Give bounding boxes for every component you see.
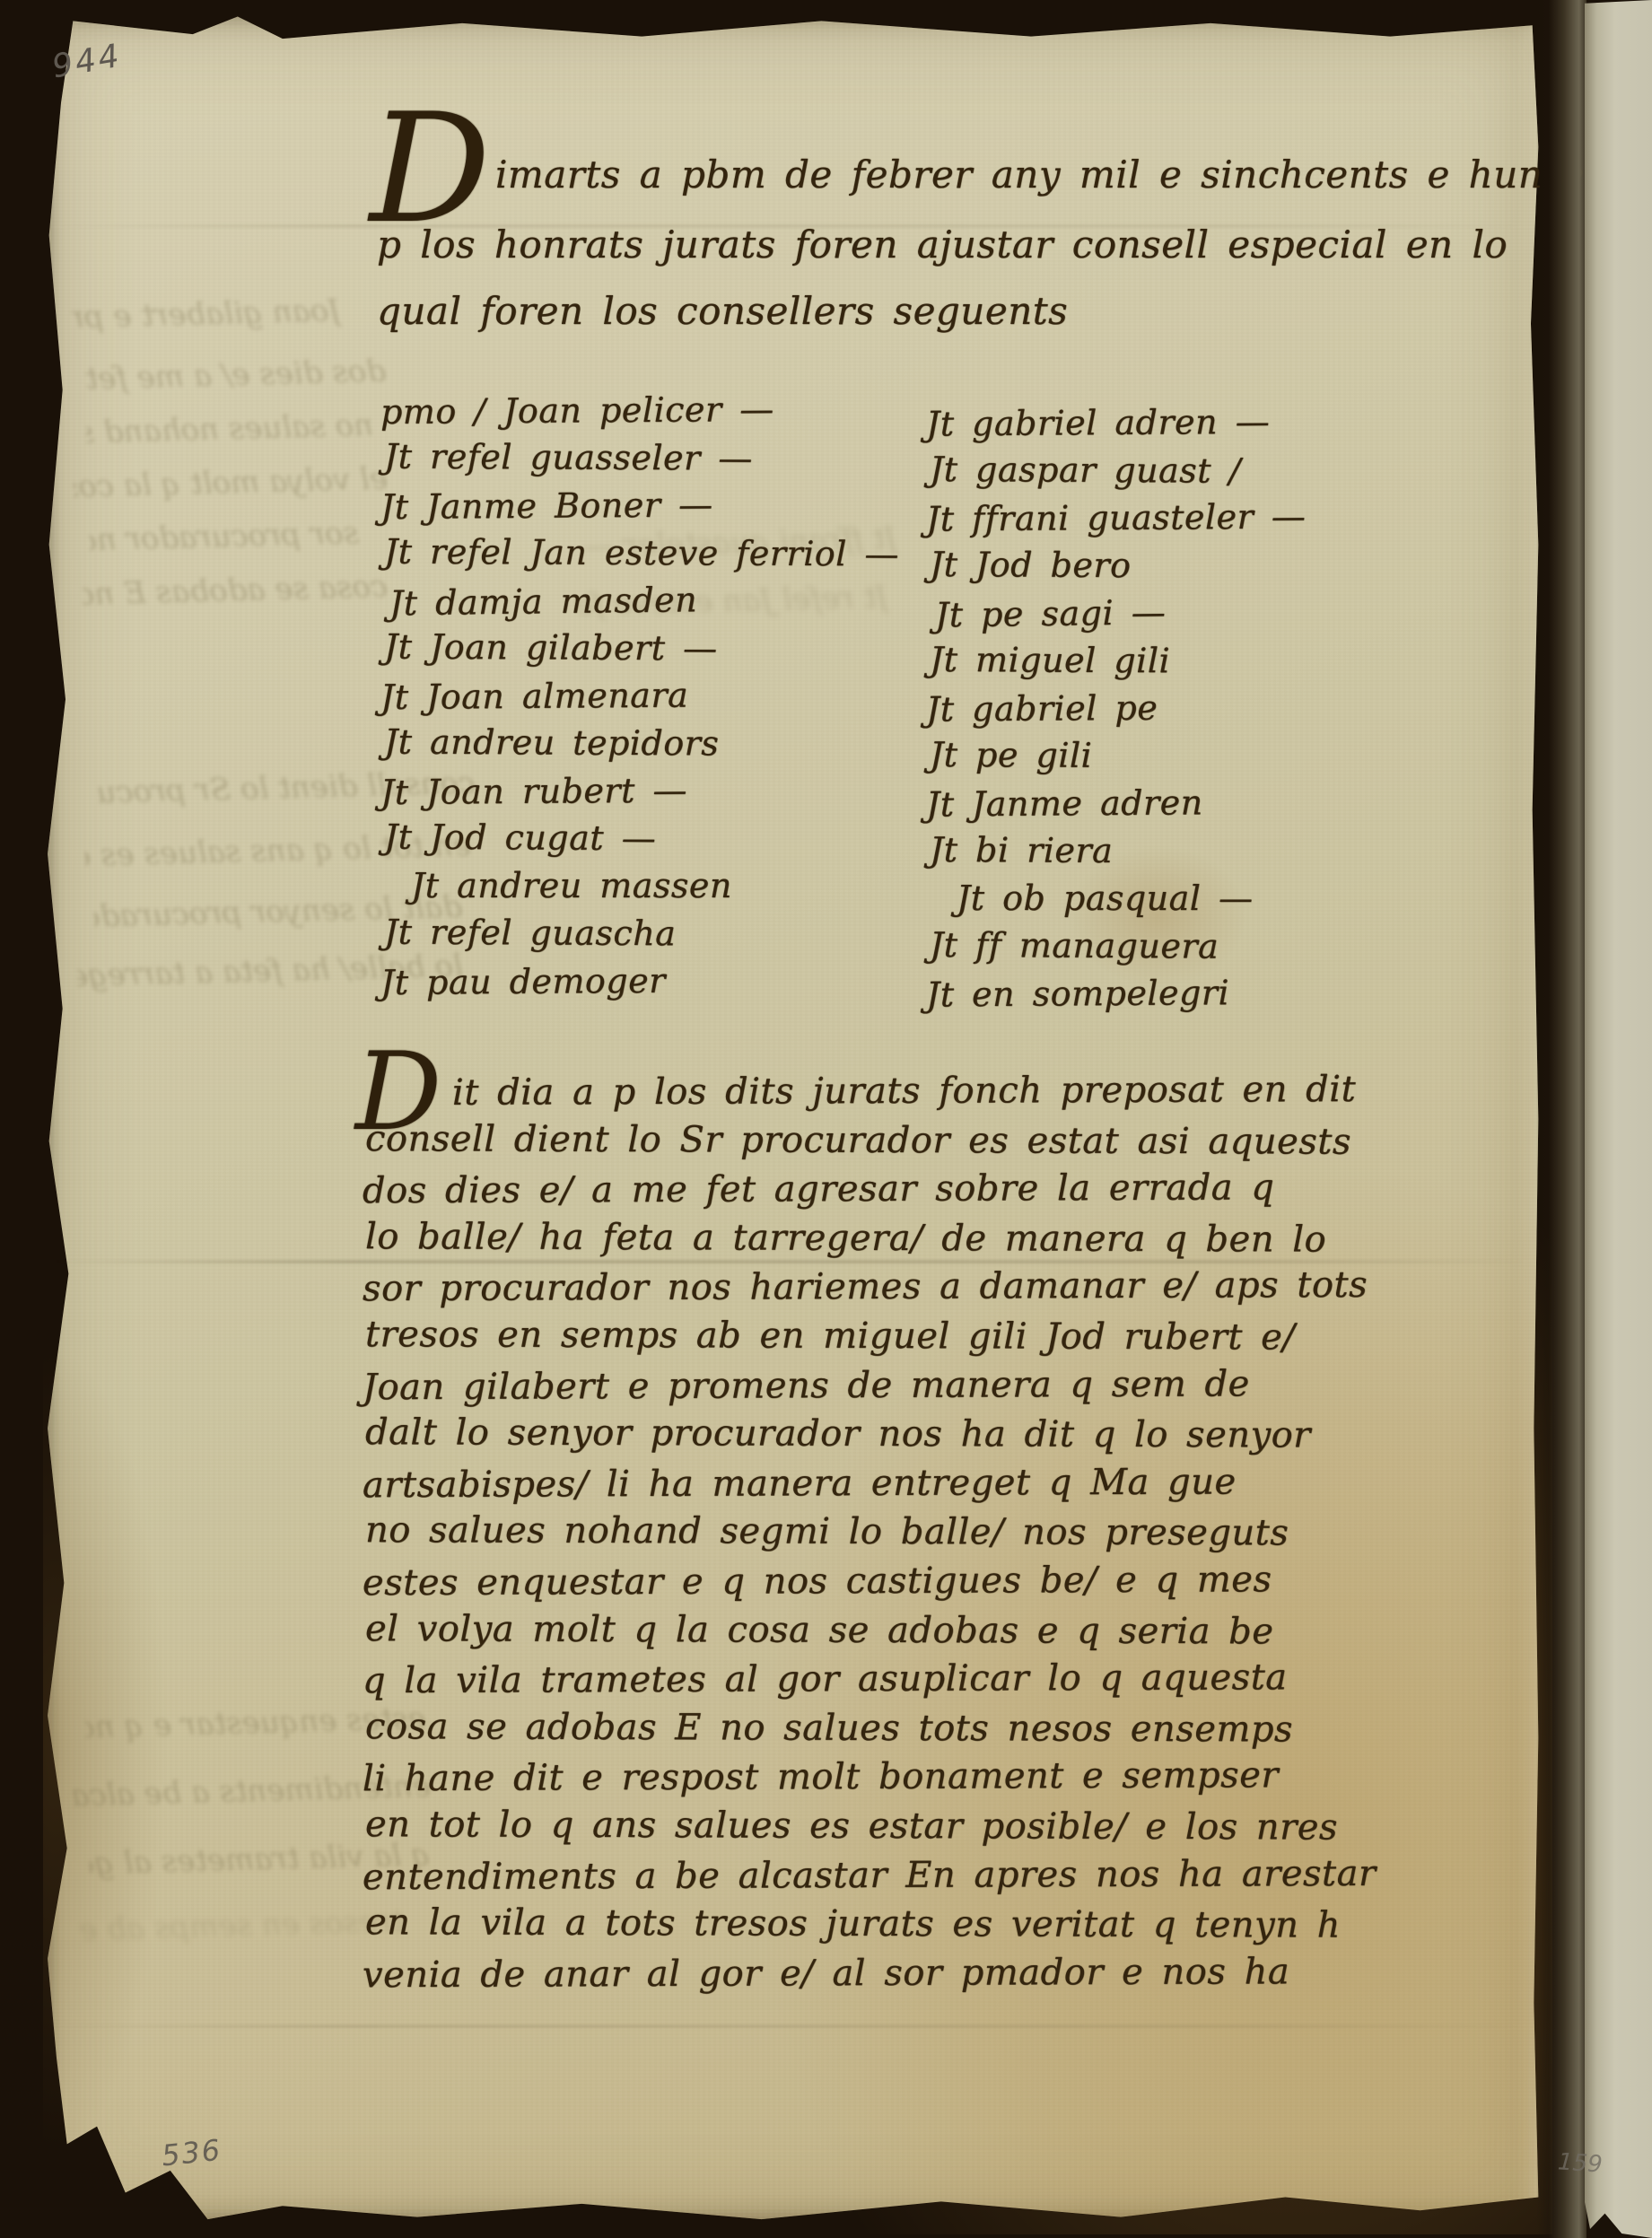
- council-name: Jt bi riera: [930, 827, 1310, 877]
- body-line: it dia a p los dits jurats fonch preposa…: [363, 1066, 1403, 1119]
- council-name: Jt miguel gili: [930, 637, 1310, 686]
- body-line: venia de anar al gor e/ al sor pmador e …: [363, 1947, 1403, 2000]
- body-line: cosa se adobas E no salues tots nesos en…: [365, 1703, 1406, 1755]
- body-line: lo balle/ ha feta a tarregera/ de manera…: [365, 1213, 1406, 1265]
- council-name: Jt Jod cugat —: [384, 815, 899, 865]
- council-name: Jt Janme Boner —: [380, 481, 896, 532]
- council-name: Jt andreu massen: [411, 863, 926, 911]
- council-name: Jt ffrani guasteler —: [926, 494, 1307, 545]
- paper-crease: [54, 2024, 1525, 2028]
- council-name: Jt pe sagi —: [935, 588, 1315, 640]
- council-name: Jt Joan rubert —: [380, 766, 896, 817]
- body-line: Joan gilabert e promens de manera q sem …: [363, 1359, 1403, 1412]
- council-name: Jt Jod bero: [930, 542, 1310, 591]
- council-list-right-column: Jt gabriel adren — Jt gaspar guast / Jt …: [926, 400, 1306, 1018]
- body-line: sor procurador nos hariemes a damanar e/…: [363, 1262, 1403, 1315]
- heading-line-1: imarts a pbm de febrer any mil e sinchce…: [495, 153, 1652, 197]
- council-name: Jt ob pasqual —: [957, 876, 1336, 923]
- body-line: li hane dit e respost molt bonament e se…: [363, 1752, 1403, 1805]
- facing-page-edge: [1585, 0, 1652, 2238]
- council-name: Jt Janme adren: [926, 780, 1307, 830]
- heading-line-3: qual foren los consellers seguents: [377, 289, 1068, 333]
- body-line: artsabispes/ li ha manera entreget q Ma …: [363, 1458, 1403, 1511]
- body-line: q la vila trametes al gor asuplicar lo q…: [363, 1654, 1403, 1707]
- council-name: Jt pe gili: [930, 732, 1310, 782]
- body-line: en tot lo q ans salues es estar posible/…: [365, 1801, 1406, 1853]
- council-name: Jt damja masden: [389, 574, 905, 628]
- council-name: Jt refel guasseler —: [384, 434, 899, 485]
- council-name: pmo / Joan pelicer —: [380, 386, 896, 437]
- council-name: Jt gabriel pe: [926, 685, 1307, 735]
- council-name: Jt gaspar guast /: [930, 447, 1310, 496]
- archive-number-bottom-left: 536: [160, 2133, 223, 2173]
- council-name: Jt pau demoger: [380, 957, 896, 1008]
- manuscript-scan: { "scene": { "background_color": "#1a110…: [0, 0, 1652, 2238]
- council-name: Jt gabriel adren —: [926, 399, 1307, 450]
- body-paragraph: it dia a p los dits jurats fonch preposa…: [363, 1068, 1403, 1998]
- heading-drop-initial: D: [370, 115, 491, 223]
- council-name: Jt en sompelegri: [926, 970, 1307, 1020]
- council-name: Jt refel Jan esteve ferriol —: [384, 529, 899, 580]
- body-line: dos dies e/ a me fet agresar sobre la er…: [363, 1164, 1403, 1217]
- council-name: Jt andreu tepidors: [384, 720, 899, 770]
- council-list-left-column: pmo / Joan pelicer — Jt refel guasseler …: [380, 388, 896, 1006]
- body-line: en la vila a tots tresos jurats es verit…: [365, 1899, 1406, 1951]
- body-line: dalt lo senyor procurador nos ha dit q l…: [365, 1409, 1406, 1461]
- body-line: el volya molt q la cosa se adobas e q se…: [365, 1605, 1406, 1657]
- binding-gutter-shadow: [1536, 0, 1586, 2238]
- body-line: entendiments a be alcastar En apres nos …: [363, 1849, 1403, 1902]
- body-line: estes enquestar e q nos castigues be/ e …: [363, 1556, 1403, 1609]
- archive-number-bottom-right: 159: [1557, 2148, 1604, 2178]
- council-name: Jt Joan gilabert —: [384, 625, 899, 675]
- council-name: Jt ff managuera: [930, 922, 1310, 972]
- council-name: Jt refel guascha: [384, 910, 899, 960]
- council-name: Jt Joan almenara: [380, 671, 896, 722]
- body-line: no salues nohand segmi lo balle/ nos pre…: [365, 1508, 1406, 1560]
- body-line: tresos en semps ab en miguel gili Jod ru…: [365, 1311, 1406, 1363]
- body-line: consell dient lo Sr procurador es estat …: [365, 1115, 1406, 1167]
- heading-line-2: p los honrats jurats foren ajustar conse…: [377, 223, 1508, 267]
